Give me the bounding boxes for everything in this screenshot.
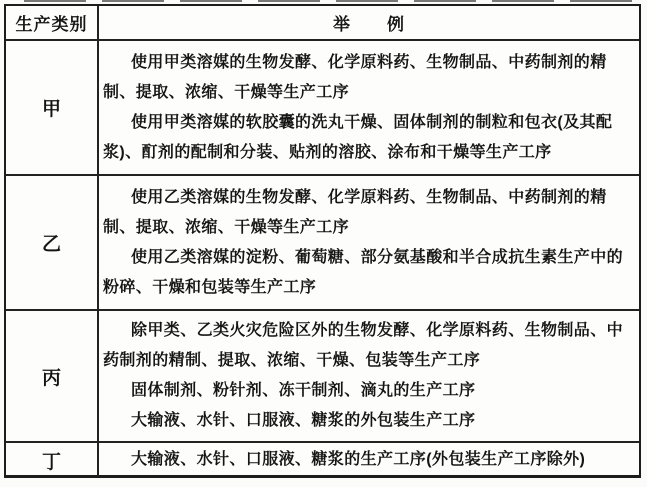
category-label: 甲 [42,94,61,121]
row-ding-examples-cell: 大输液、水针、口服液、糖浆的生产工序(外包装生产工序除外) [99,443,639,477]
example-paragraph: 使用乙类溶媒的生物发酵、化学原料药、生物制品、中药制剂的精制、提取、浓缩、干燥等… [103,183,636,243]
category-label: 丙 [42,363,61,390]
row-yi-examples-cell: 使用乙类溶媒的生物发酵、化学原料药、生物制品、中药制剂的精制、提取、浓缩、干燥等… [99,176,639,311]
header-category-cell: 生产类别 [6,6,99,41]
example-paragraph: 使用甲类溶媒的软胶囊的洗丸干燥、固体制剂的制粒和包衣(及其配浆)、酊剂的配制和分… [103,108,636,168]
example-paragraph: 使用甲类溶媒的生物发酵、化学原料药、生物制品、中药制剂的精制、提取、浓缩、干燥等… [103,48,636,108]
row-jia-examples-cell: 使用甲类溶媒的生物发酵、化学原料药、生物制品、中药制剂的精制、提取、浓缩、干燥等… [99,41,639,176]
row-bing-label-cell: 丙 [6,311,99,443]
example-paragraph: 除甲类、乙类火灾危险区外的生物发酵、化学原料药、生物制品、中药制剂的精制、提取、… [103,316,636,376]
example-paragraph: 固体制剂、粉针剂、冻干制剂、滴丸的生产工序 [103,376,636,406]
row-yi-label-cell: 乙 [6,176,99,311]
row-jia-label-cell: 甲 [6,41,99,176]
example-paragraph: 大输液、水针、口服液、糖浆的生产工序(外包装生产工序除外) [103,445,636,475]
example-paragraph: 大输液、水针、口服液、糖浆的外包装生产工序 [103,406,636,436]
row-bing-examples-cell: 除甲类、乙类火灾危险区外的生物发酵、化学原料药、生物制品、中药制剂的精制、提取、… [99,311,639,443]
category-label: 乙 [42,229,61,256]
production-category-table: 生产类别 举 例 甲 使用甲类溶媒的生物发酵、化学原料药、生物制品、中药制剂的精… [4,4,641,478]
example-paragraph: 使用乙类溶媒的淀粉、葡萄糖、部分氨基酸和半合成抗生素生产中的粉碎、干燥和包装等生… [103,243,636,303]
row-ding-label-cell: 丁 [6,443,99,477]
category-label: 丁 [42,447,61,474]
scan-artifact-line [24,0,642,2]
header-examples-cell: 举 例 [99,6,639,41]
